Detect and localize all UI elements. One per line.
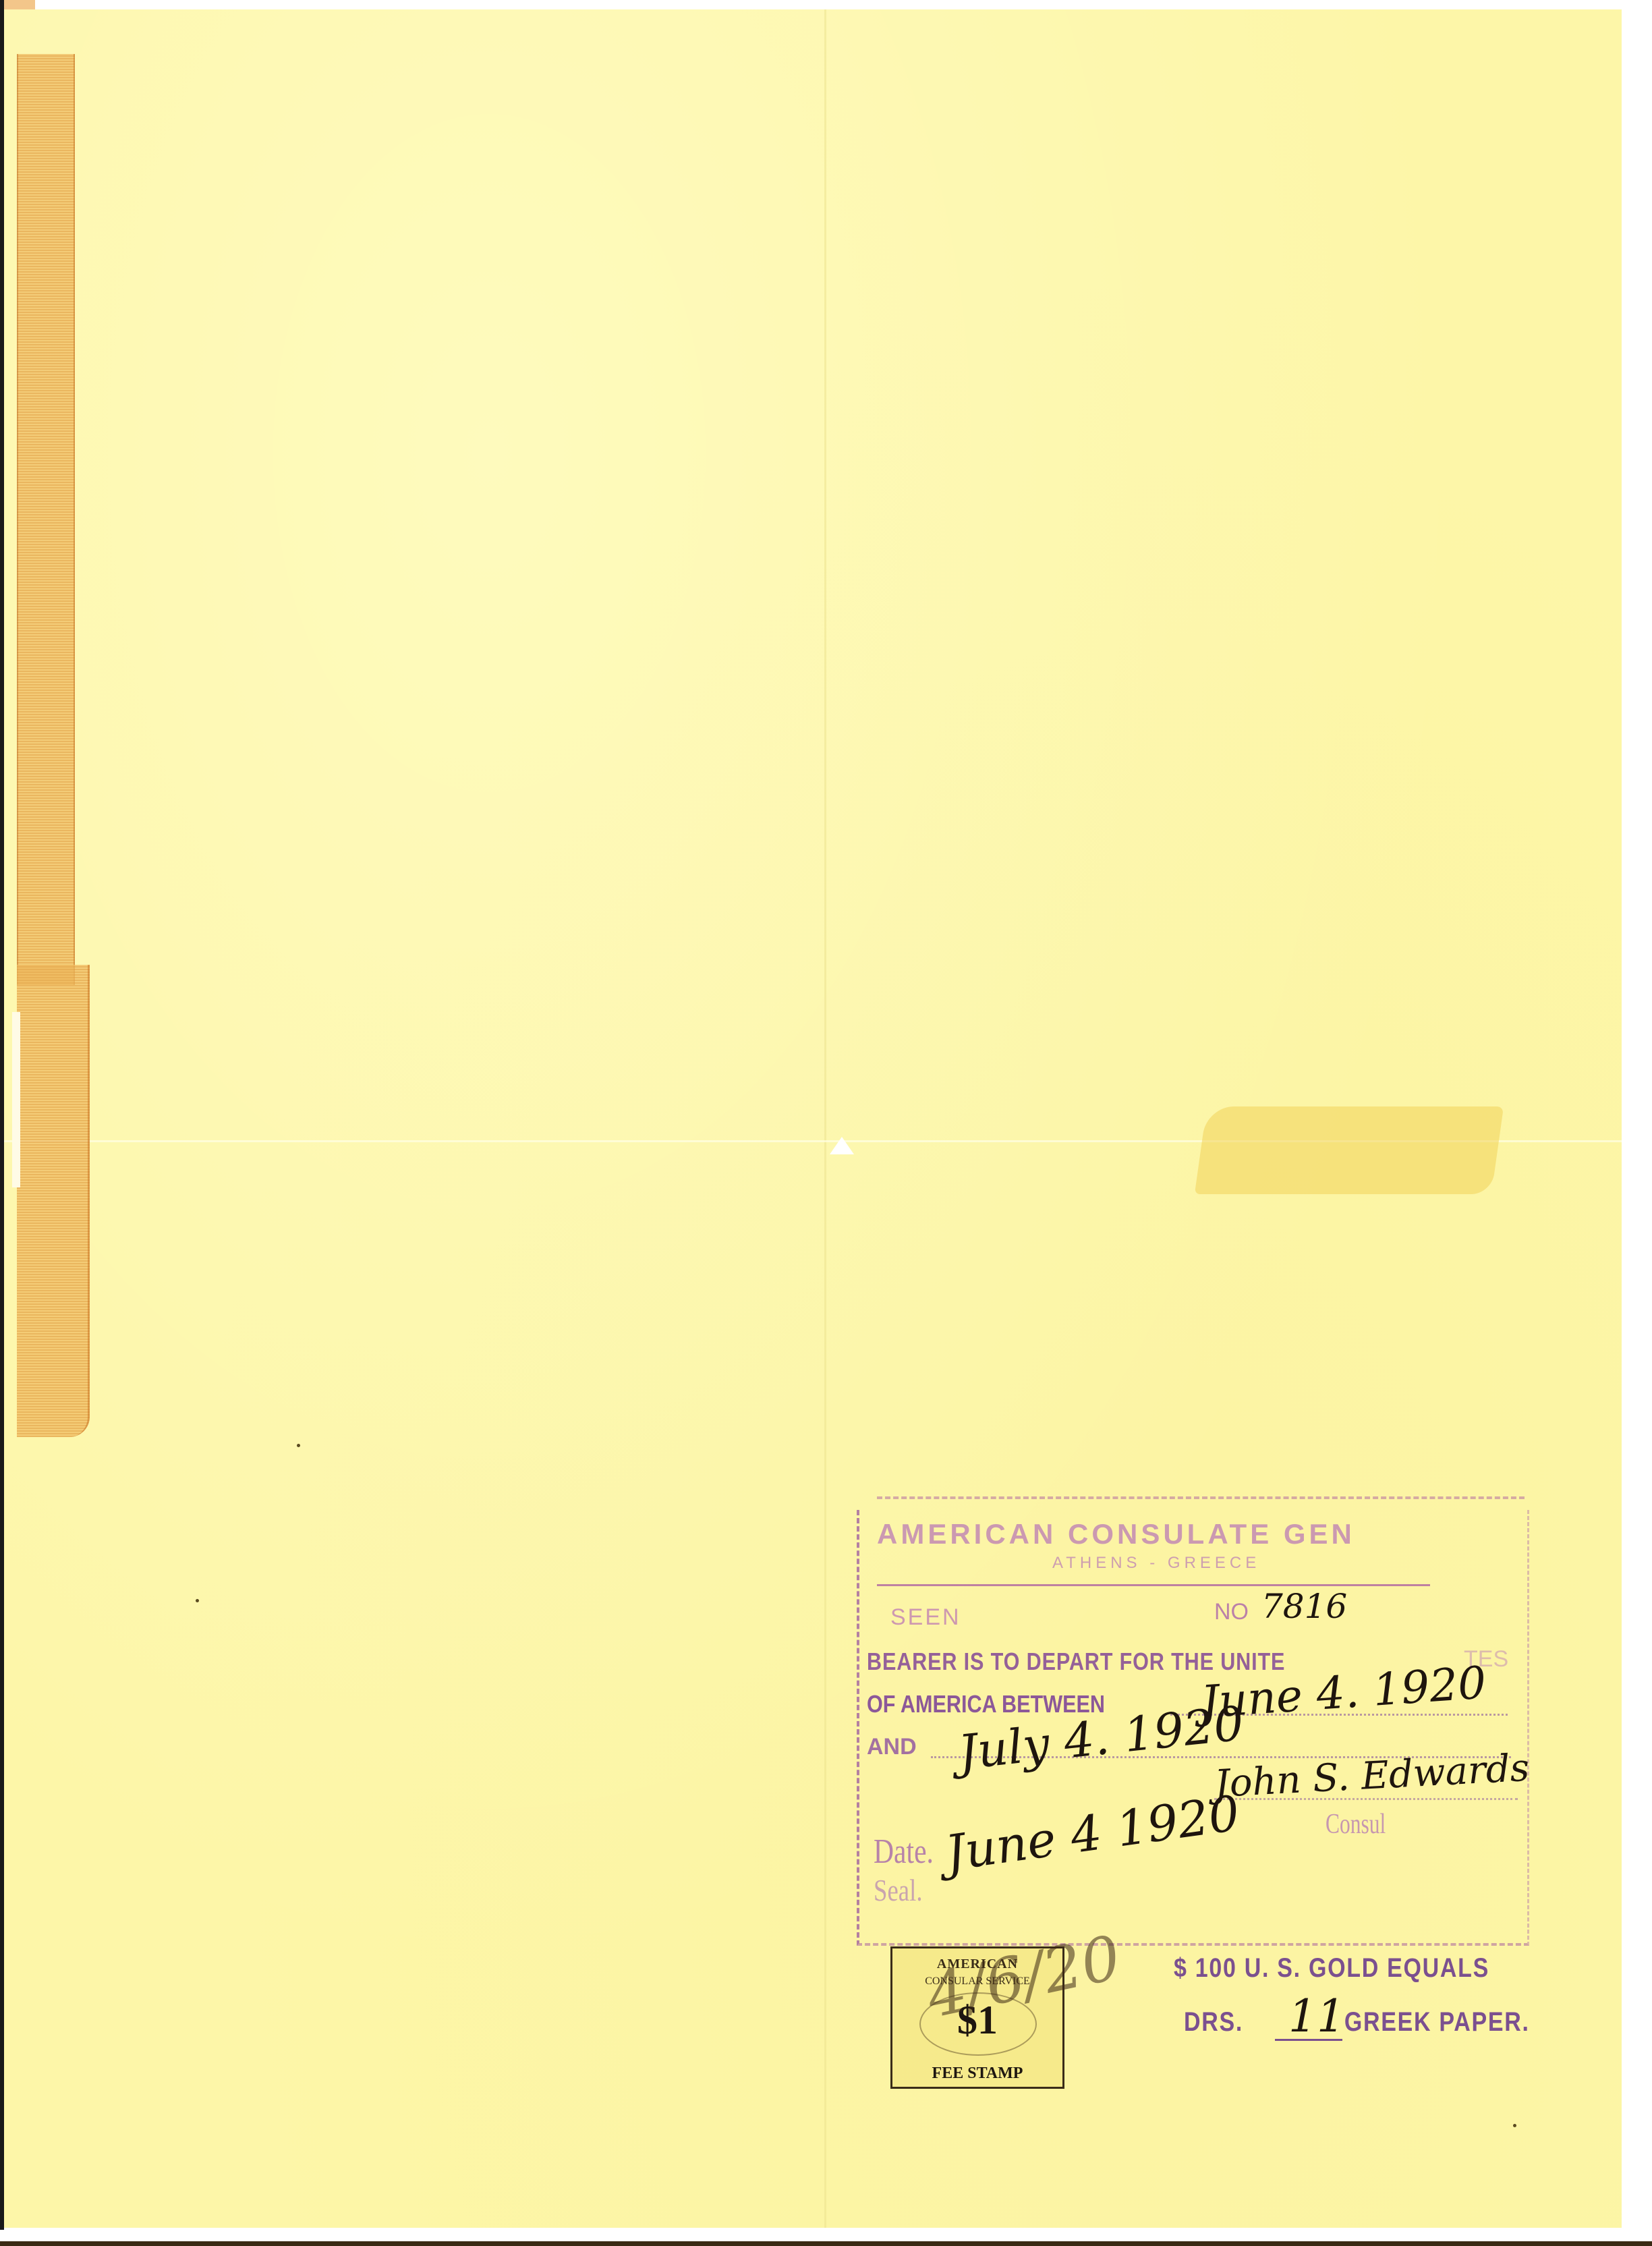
fold-hole: [830, 1137, 854, 1154]
exchange-rate-line2: DRS. GREEK PAPER.: [1184, 2007, 1530, 2038]
consulate-stamp-top-border: [877, 1496, 1525, 1502]
date-label: Date.: [874, 1832, 934, 1872]
fee-stamp-bottom-text: FEE STAMP: [892, 2065, 1062, 2083]
visa-number-handwritten: 7816: [1261, 1587, 1347, 1626]
number-label: NO: [1214, 1599, 1249, 1625]
tape-residue-patch: [1195, 1106, 1504, 1194]
consul-label: Consul: [1326, 1808, 1386, 1841]
greek-paper-label: GREEK PAPER.: [1344, 2007, 1530, 2037]
paper-speck: [1513, 2124, 1516, 2127]
consulate-location: ATHENS - GREECE: [1052, 1554, 1260, 1573]
drs-value-handwritten: 11: [1288, 1990, 1345, 2042]
paper-speck: [297, 1444, 300, 1447]
and-label: AND: [867, 1734, 917, 1760]
paper-speck: [196, 1599, 199, 1602]
bearer-departure-text: BEARER IS TO DEPART FOR THE UNITE: [867, 1648, 1285, 1676]
consulate-divider: [877, 1584, 1430, 1586]
tape-tear: [12, 1012, 20, 1187]
consulate-title: AMERICAN CONSULATE GEN: [877, 1518, 1355, 1550]
scan-bottom-edge: [0, 2241, 1652, 2246]
seal-label: Seal.: [874, 1872, 923, 1908]
vertical-fold-line: [824, 9, 826, 2228]
tape-strip-upper: [17, 54, 75, 985]
seen-label: SEEN: [890, 1604, 961, 1631]
exchange-rate-line1: $ 100 U. S. GOLD EQUALS: [1174, 1953, 1489, 1984]
drs-label: DRS.: [1184, 2007, 1243, 2037]
fee-stamp: AMERICAN CONSULAR SERVICE $1 FEE STAMP 4…: [890, 1946, 1064, 2089]
tape-strip-lower: [17, 965, 90, 1437]
